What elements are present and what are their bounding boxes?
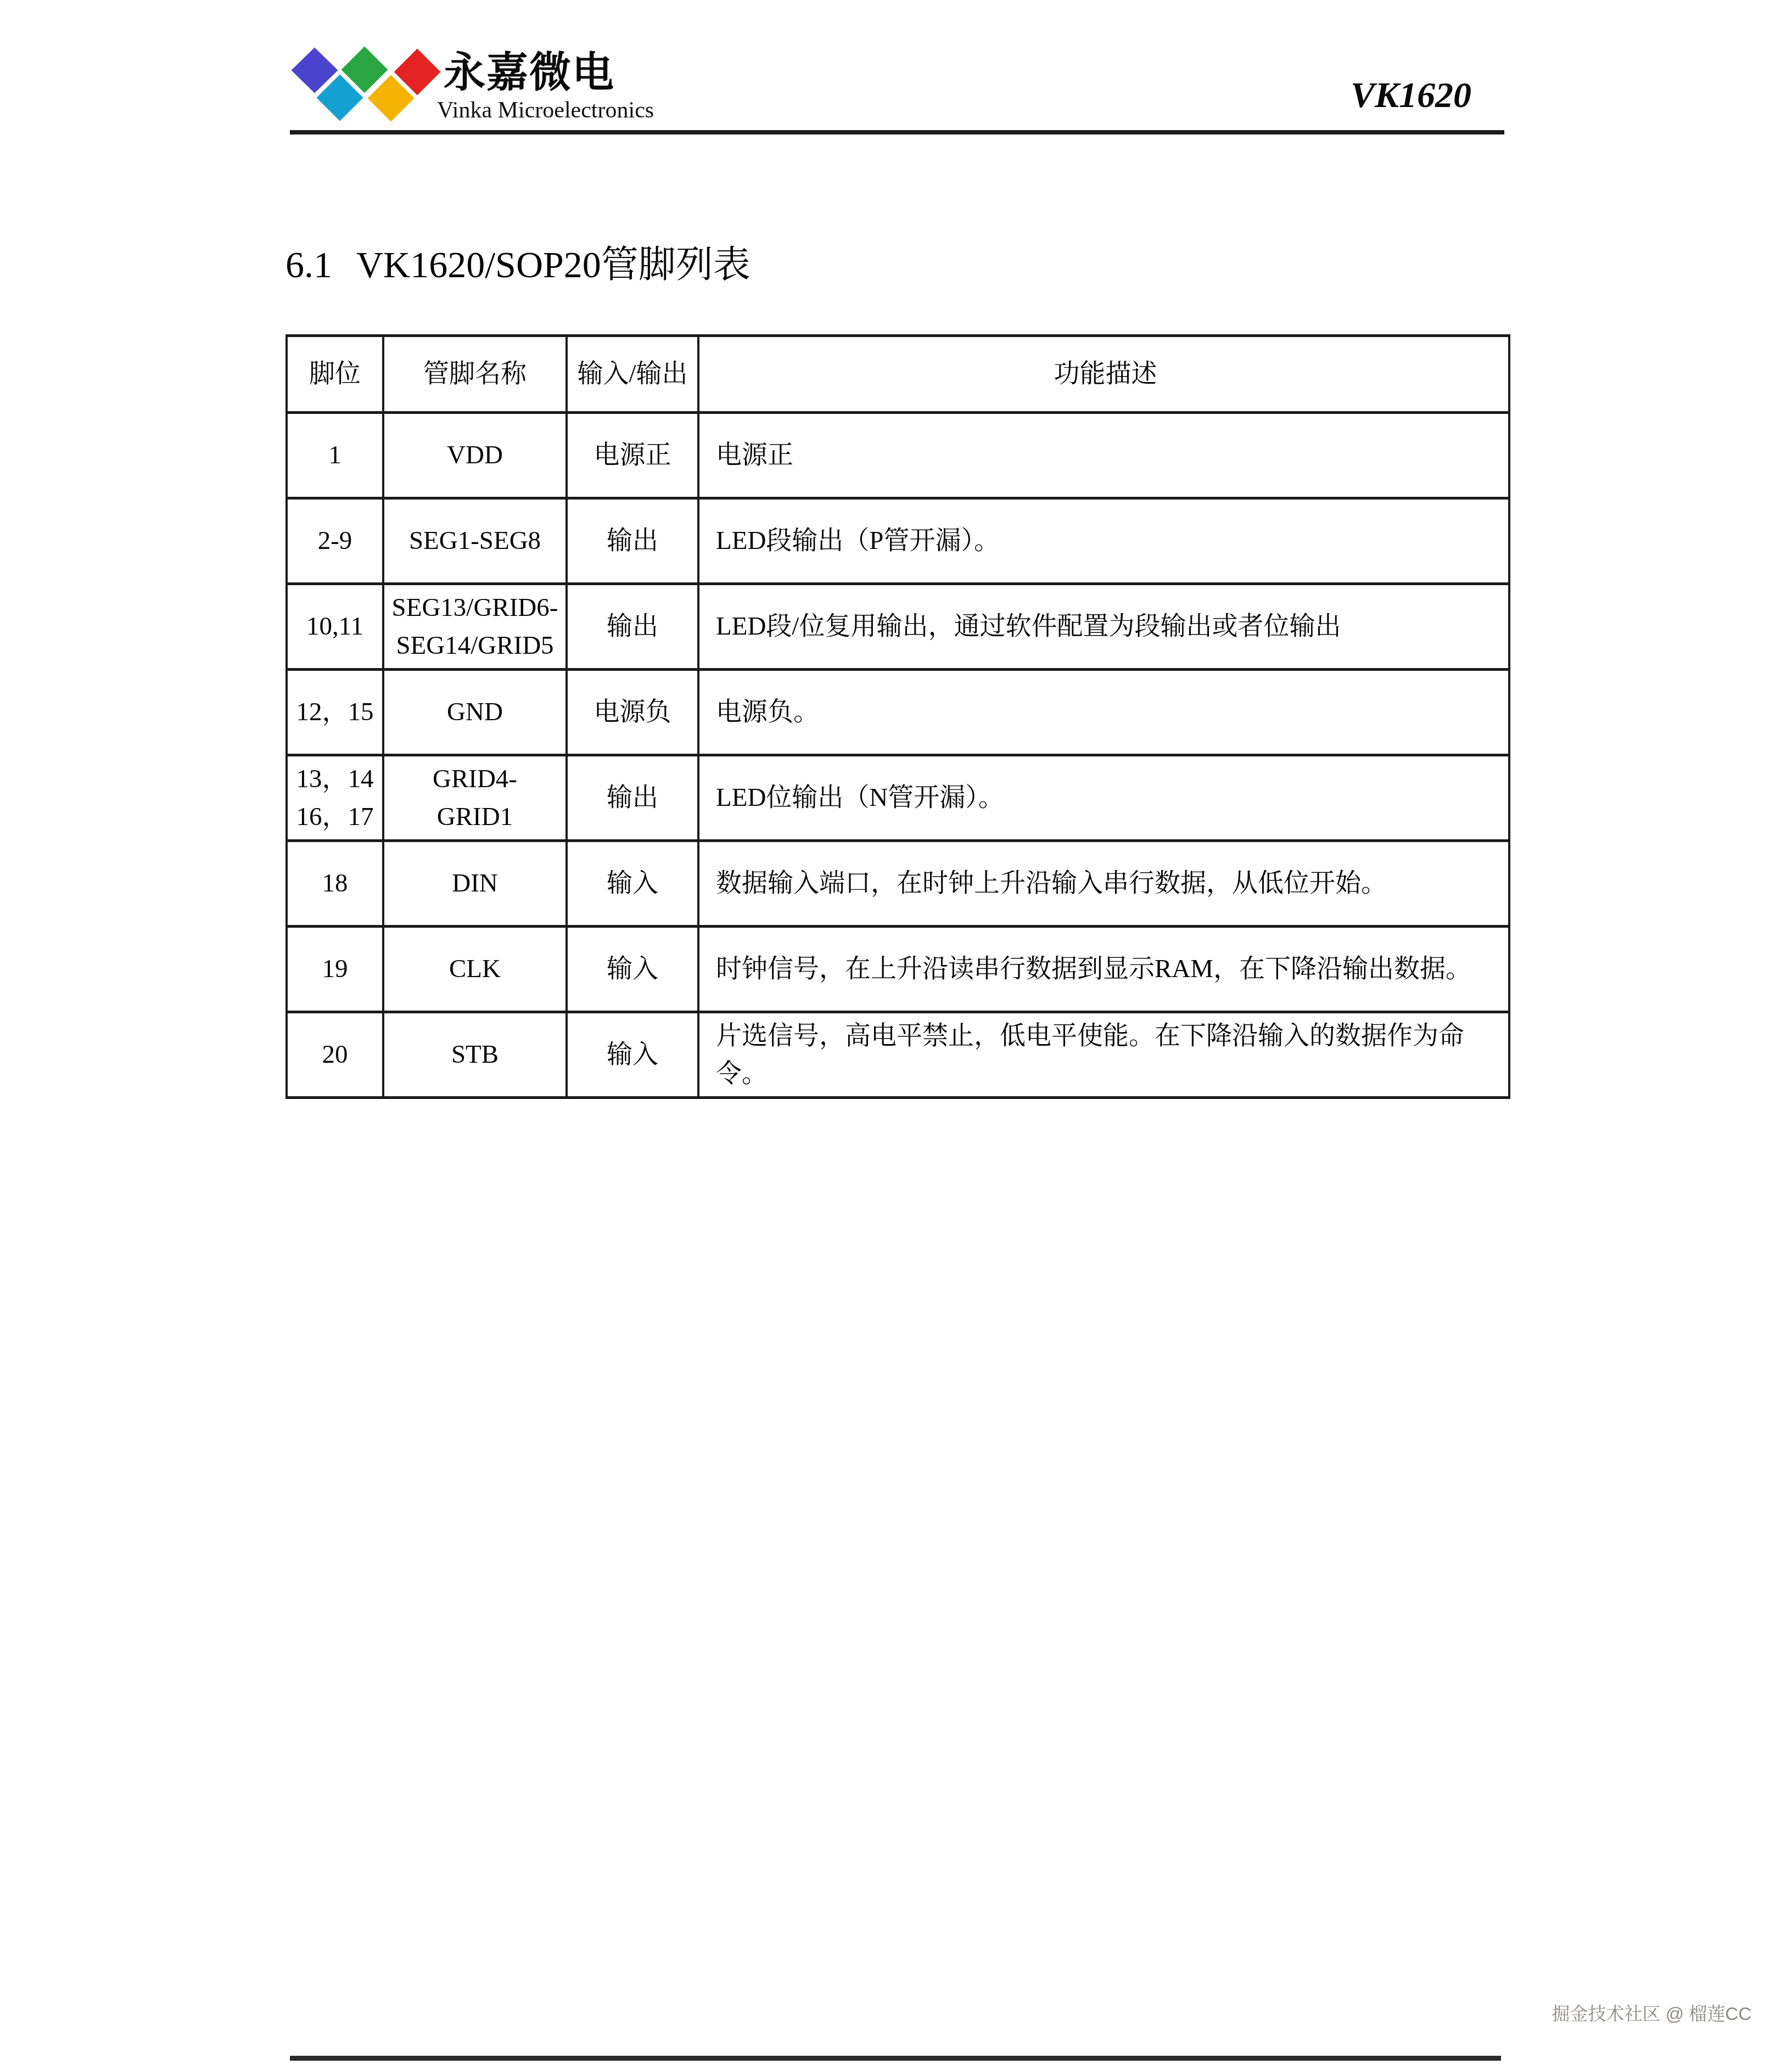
part-number-title: VK1620 — [1329, 78, 1471, 113]
io-cell: 输出 — [567, 755, 698, 841]
name-cell: VDD — [383, 413, 567, 498]
pin-list-table: 脚位 管脚名称 输入/输出 功能描述 1 VDD 电源正 电源正 2-9 SEG… — [285, 334, 1510, 1099]
pin-cell: 10,11 — [287, 584, 383, 670]
pin-cell: 19 — [287, 927, 383, 1012]
col-header-pin: 脚位 — [287, 336, 383, 413]
table-row: 2-9 SEG1-SEG8 输出 LED段输出（P管开漏）。 — [287, 498, 1509, 584]
io-cell: 输出 — [567, 498, 698, 584]
desc-cell: LED段/位复用输出，通过软件配置为段输出或者位输出 — [698, 584, 1509, 670]
table-row: 12，15 GND 电源负 电源负。 — [287, 670, 1509, 755]
io-cell: 输入 — [567, 841, 698, 927]
desc-cell: 时钟信号，在上升沿读串行数据到显示RAM，在下降沿输出数据。 — [698, 927, 1509, 1012]
section-heading: 6.1 VK1620/SOP20管脚列表 — [285, 245, 751, 284]
pin-cell: 20 — [287, 1012, 383, 1098]
io-cell: 输入 — [567, 1012, 698, 1098]
pin-cell: 18 — [287, 841, 383, 927]
vinka-logo-diamonds-icon — [289, 44, 443, 124]
name-cell: STB — [383, 1012, 567, 1098]
header-divider — [290, 130, 1504, 134]
company-name-english: Vinka Microelectronics — [437, 98, 654, 123]
name-cell: SEG13/GRID6- SEG14/GRID5 — [383, 584, 567, 670]
table-row: 19 CLK 输入 时钟信号，在上升沿读串行数据到显示RAM，在下降沿输出数据。 — [287, 927, 1509, 1012]
col-header-io: 输入/输出 — [567, 336, 698, 413]
pin-cell: 12，15 — [287, 670, 383, 755]
table-row: 13，14 16，17 GRID4- GRID1 输出 LED位输出（N管开漏）… — [287, 755, 1509, 841]
desc-cell: LED位输出（N管开漏）。 — [698, 755, 1509, 841]
name-cell: CLK — [383, 927, 567, 1012]
watermark-text: 掘金技术社区 @ 榴莲CC — [1552, 2000, 1752, 2026]
pin-cell: 13，14 16，17 — [287, 755, 383, 841]
section-title-text: VK1620/SOP20管脚列表 — [356, 245, 751, 284]
name-cell: SEG1-SEG8 — [383, 498, 567, 584]
desc-cell: 电源正 — [698, 413, 1509, 498]
pin-cell: 2-9 — [287, 498, 383, 584]
desc-cell: 数据输入端口，在时钟上升沿输入串行数据，从低位开始。 — [698, 841, 1509, 927]
io-cell: 电源负 — [567, 670, 698, 755]
io-cell: 输出 — [567, 584, 698, 670]
io-cell: 电源正 — [567, 413, 698, 498]
table-header-row: 脚位 管脚名称 输入/输出 功能描述 — [287, 336, 1509, 413]
footer-bar — [290, 2056, 1501, 2061]
desc-cell: 片选信号，高电平禁止，低电平使能。在下降沿输入的数据作为命令。 — [698, 1012, 1509, 1098]
table-row: 10,11 SEG13/GRID6- SEG14/GRID5 输出 LED段/位… — [287, 584, 1509, 670]
name-cell: DIN — [383, 841, 567, 927]
table-row: 1 VDD 电源正 电源正 — [287, 413, 1509, 498]
col-header-name: 管脚名称 — [383, 336, 567, 413]
io-cell: 输入 — [567, 927, 698, 1012]
company-name-chinese: 永嘉微电 — [444, 52, 615, 94]
col-header-desc: 功能描述 — [698, 336, 1509, 413]
table-row: 20 STB 输入 片选信号，高电平禁止，低电平使能。在下降沿输入的数据作为命令… — [287, 1012, 1509, 1098]
section-number: 6.1 — [285, 245, 332, 284]
pin-cell: 1 — [287, 413, 383, 498]
table-row: 18 DIN 输入 数据输入端口，在时钟上升沿输入串行数据，从低位开始。 — [287, 841, 1509, 927]
desc-cell: 电源负。 — [698, 670, 1509, 755]
name-cell: GRID4- GRID1 — [383, 755, 567, 841]
datasheet-page: 永嘉微电 Vinka Microelectronics VK1620 6.1 V… — [0, 0, 1792, 2064]
desc-cell: LED段输出（P管开漏）。 — [698, 498, 1509, 584]
name-cell: GND — [383, 670, 567, 755]
